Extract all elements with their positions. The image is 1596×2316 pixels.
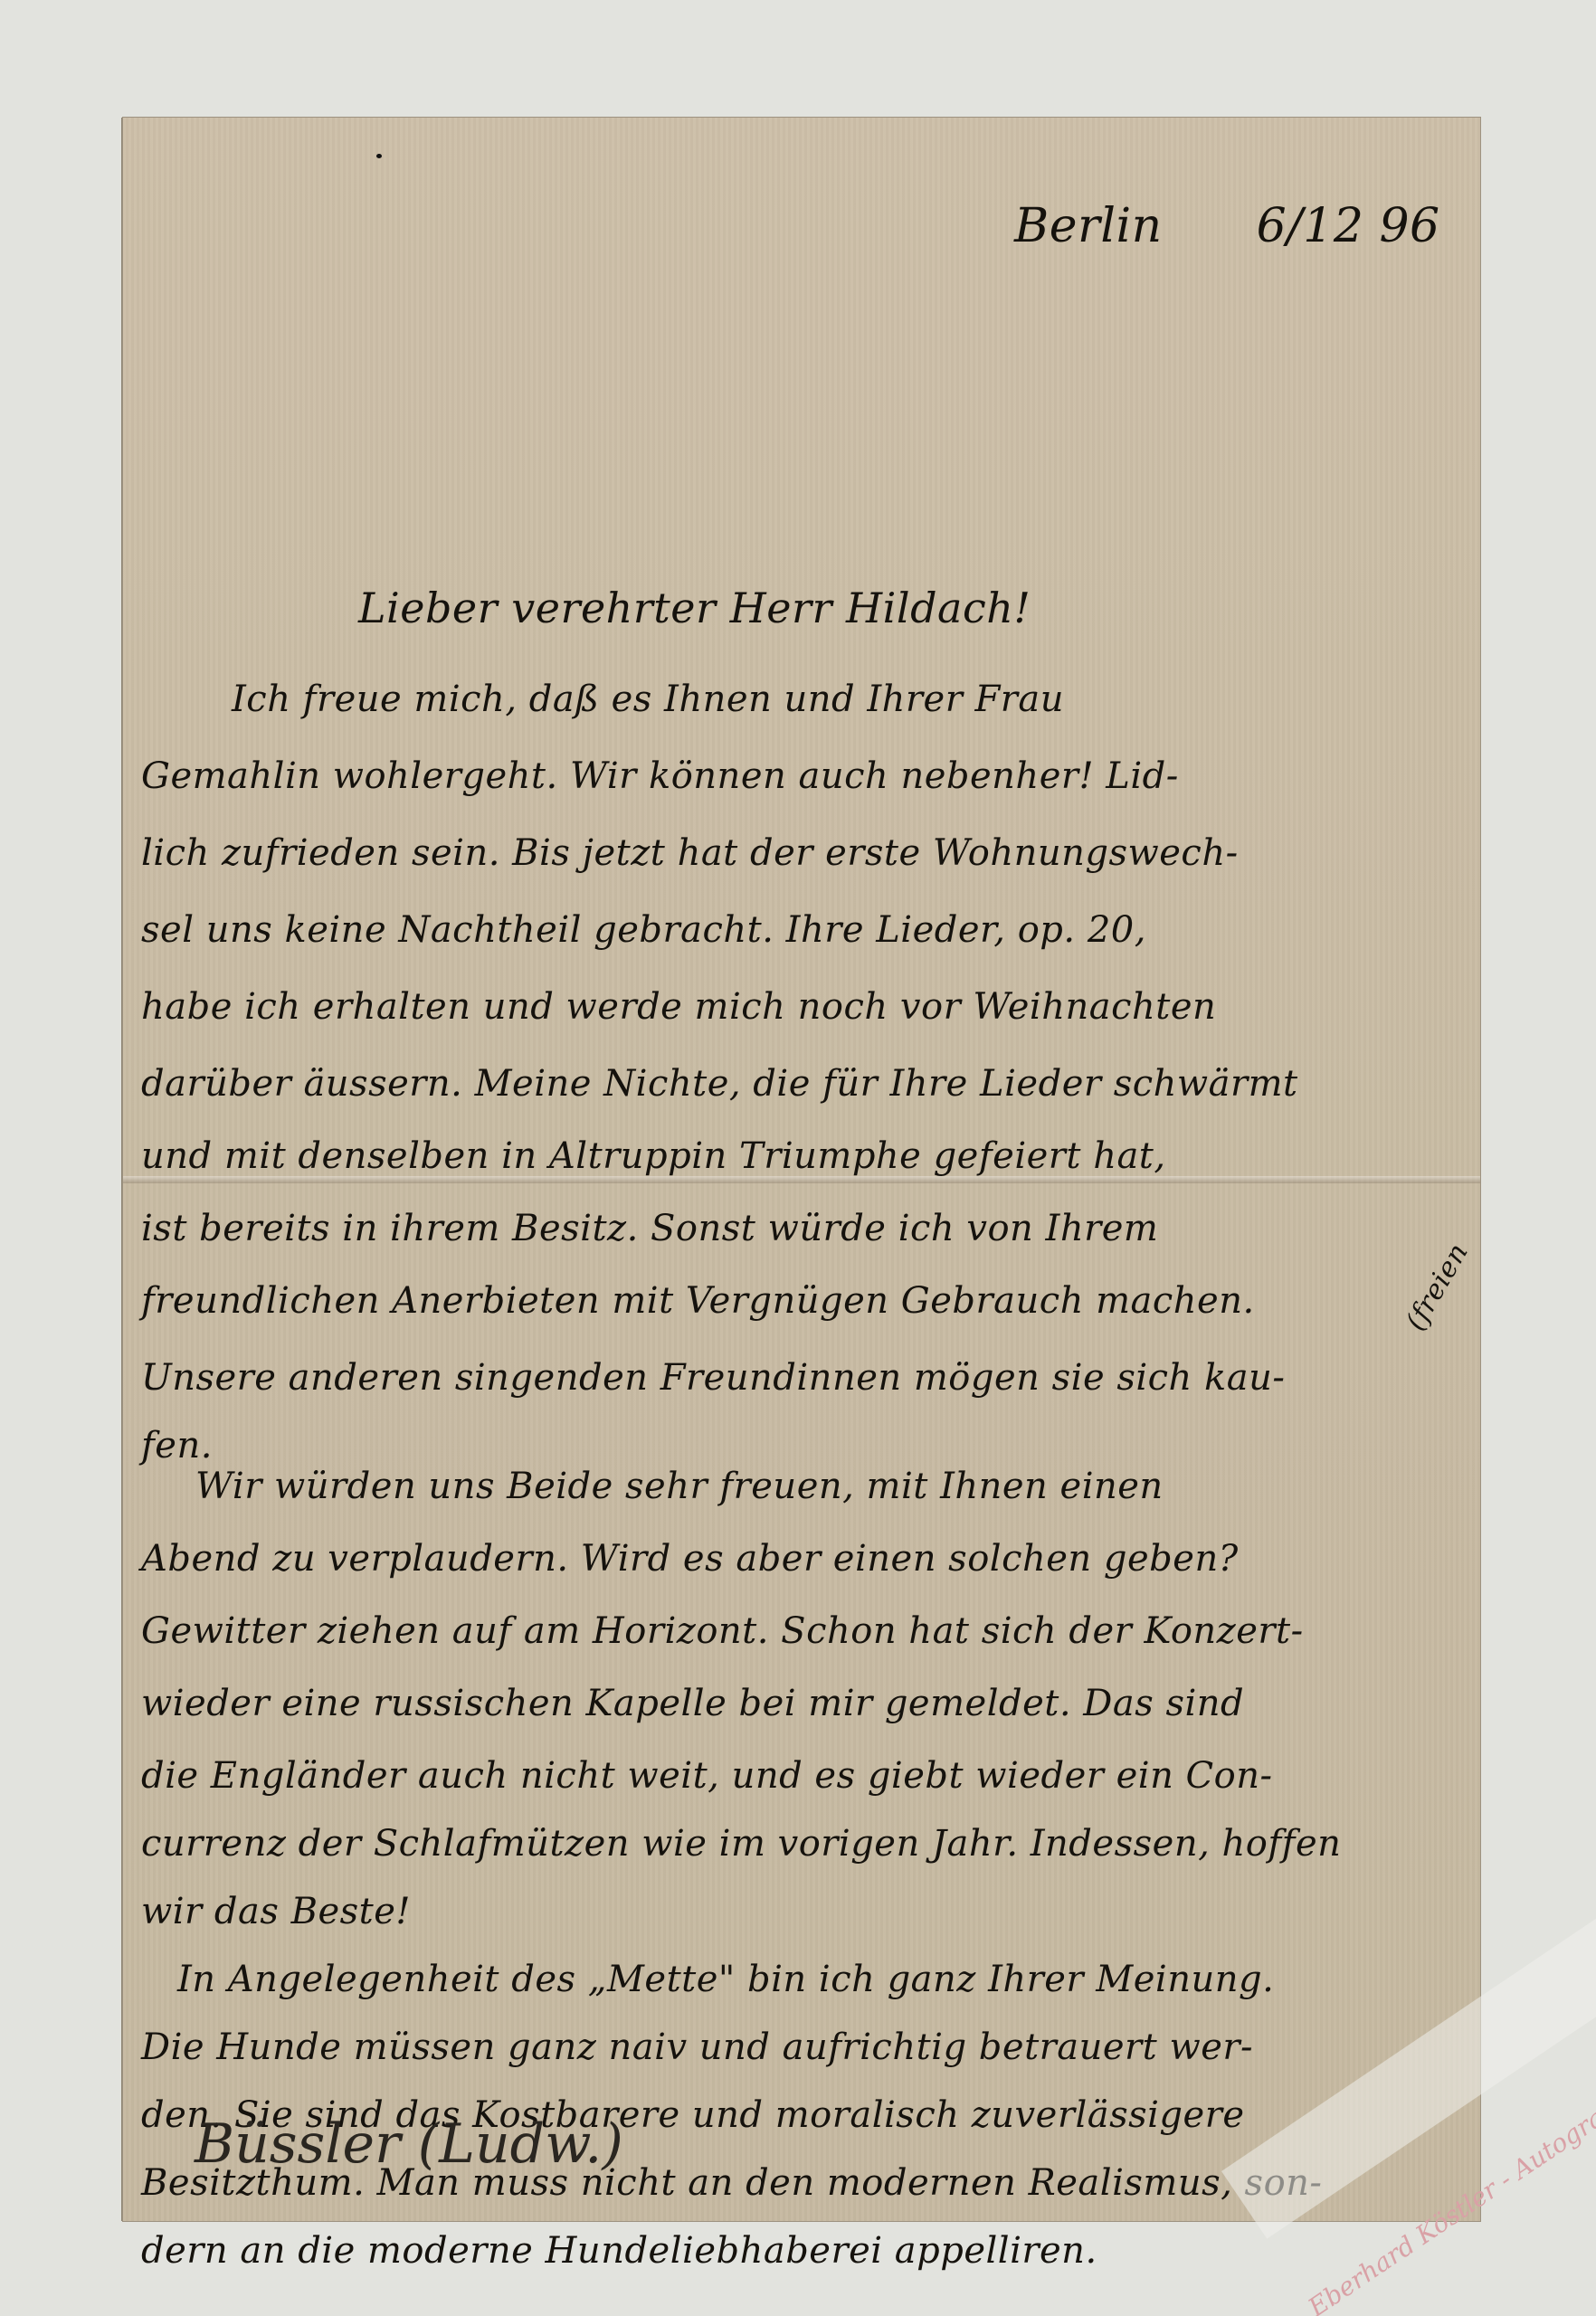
letter-line: wir das Beste!	[141, 1891, 411, 1932]
letter-line: die Engländer auch nicht weit, und es gi…	[141, 1755, 1273, 1797]
letter-line: Gemahlin wohlergeht. Wir können auch neb…	[141, 755, 1179, 797]
letter-date: 6/12 96	[1257, 199, 1440, 253]
letter-line: freundlichen Anerbieten mit Vergnügen Ge…	[141, 1280, 1255, 1322]
ink-dot	[376, 154, 382, 158]
letter-line: ist bereits in ihrem Besitz. Sonst würde…	[141, 1208, 1158, 1249]
letter-line: darüber äussern. Meine Nichte, die für I…	[141, 1063, 1298, 1105]
letter-line: Gewitter ziehen auf am Horizont. Schon h…	[141, 1610, 1304, 1652]
letter-dateline: Berlin 6/12 96	[1014, 199, 1440, 253]
letter-line: Die Hunde müssen ganz naiv und aufrichti…	[141, 2026, 1253, 2068]
letter-line: Ich freue mich, daß es Ihnen und Ihrer F…	[232, 679, 1064, 720]
letter-line: dern an die moderne Hundeliebhaberei app…	[141, 2230, 1097, 2272]
letter-line: lich zufrieden sein. Bis jetzt hat der e…	[141, 832, 1239, 874]
letter-sheet: Berlin 6/12 96 Lieber verehrter Herr Hil…	[123, 118, 1480, 2221]
letter-line: Unsere anderen singenden Freundinnen mög…	[141, 1357, 1285, 1399]
letter-line: In Angelegenheit des „Mette" bin ich gan…	[177, 1959, 1274, 2000]
letter-line: wieder eine russischen Kapelle bei mir g…	[141, 1683, 1244, 1724]
letter-line: habe ich erhalten und werde mich noch vo…	[141, 986, 1216, 1028]
letter-line: Wir würden uns Beide sehr freuen, mit Ih…	[195, 1466, 1164, 1507]
insertion-note: (freien	[1400, 1238, 1475, 1336]
letter-line: currenz der Schlafmützen wie im vorigen …	[141, 1823, 1341, 1865]
letter-line: sel uns keine Nachtheil gebracht. Ihre L…	[141, 909, 1146, 951]
signature: Büssler (Ludw.)	[195, 2112, 623, 2176]
letter-place: Berlin	[1014, 199, 1163, 253]
letter-line: Abend zu verplaudern. Wird es aber einen…	[141, 1538, 1239, 1580]
paper-fold	[123, 1176, 1480, 1183]
letter-line: fen.	[141, 1425, 213, 1466]
letter-salutation: Lieber verehrter Herr Hildach!	[358, 584, 1031, 632]
letter-line: und mit denselben in Altruppin Triumphe …	[141, 1135, 1166, 1177]
